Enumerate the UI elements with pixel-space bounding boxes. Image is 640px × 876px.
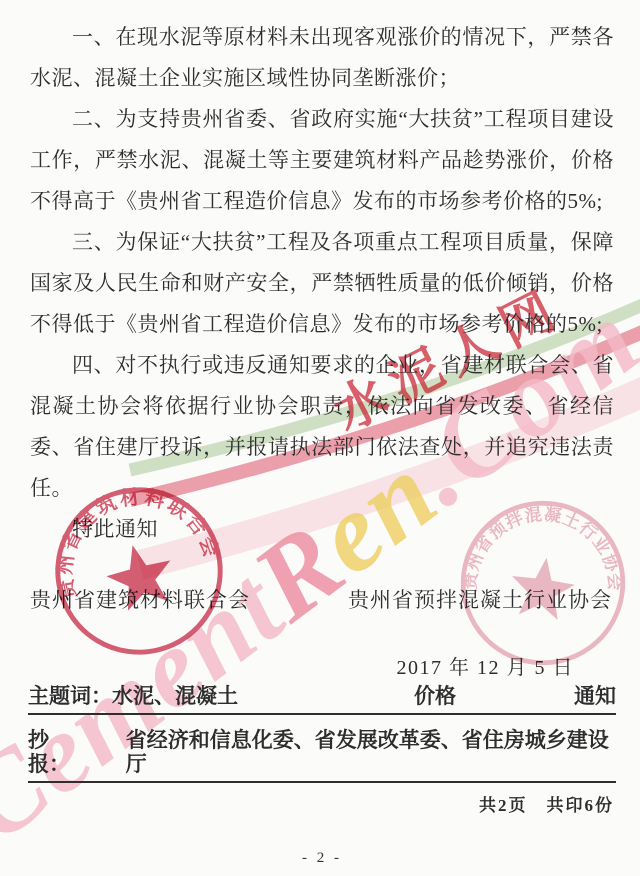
copy-row: 抄 报： 省经济和信息化委、省发展改革委、省住房城乡建设厅 <box>28 728 616 783</box>
copy-value: 省经济和信息化委、省发展改革委、省住房城乡建设厅 <box>126 728 616 776</box>
subject-value: 水泥、混凝土 <box>112 684 238 708</box>
date-row: 2017 年 12 月 5 日 <box>30 651 614 680</box>
closing-line: 特此通知 <box>30 509 614 550</box>
paragraph-1: 一、在现水泥等原材料未出现客观涨价的情况下，严禁各水泥、混凝土企业实施区域性协同… <box>30 17 614 99</box>
print-info: 共2页 共印6份 <box>28 791 616 816</box>
paragraph-4: 四、对不执行或违反通知要求的企业，省建材联合会、省混凝土协会将依据行业协会职责，… <box>30 345 614 509</box>
signature-row: 贵州省建筑材料联合会 贵州省预拌混凝土行业协会 <box>30 584 614 614</box>
paragraph-2: 二、为支持贵州省委、省政府实施“大扶贫”工程项目建设工作，严禁水泥、混凝土等主要… <box>30 99 614 222</box>
document-footer: 主题词： 水泥、混凝土 价格 通知 抄 报： 省经济和信息化委、省发展改革委、省… <box>28 684 616 867</box>
document-body: 一、在现水泥等原材料未出现客观涨价的情况下，严禁各水泥、混凝土企业实施区域性协同… <box>0 0 640 680</box>
subject-label: 主题词： <box>28 684 112 708</box>
subject-price: 价格 <box>414 684 456 708</box>
copy-label: 抄 报： <box>28 728 110 776</box>
signature-right: 贵州省预拌混凝土行业协会 <box>348 584 612 614</box>
subject-row: 主题词： 水泥、混凝土 价格 通知 <box>28 684 616 715</box>
signature-left: 贵州省建筑材料联合会 <box>30 584 250 614</box>
document-page: CementRen.Com 水泥人网 一、在现水泥等原材料未出现客观涨价的情况下… <box>0 0 640 876</box>
paragraph-3: 三、为保证“大扶贫”工程及各项重点工程项目质量，保障国家及人民生命和财产安全，严… <box>30 222 614 345</box>
page-number: - 2 - <box>28 850 616 867</box>
subject-notice: 通知 <box>574 684 616 708</box>
document-date: 2017 年 12 月 5 日 <box>397 657 575 679</box>
